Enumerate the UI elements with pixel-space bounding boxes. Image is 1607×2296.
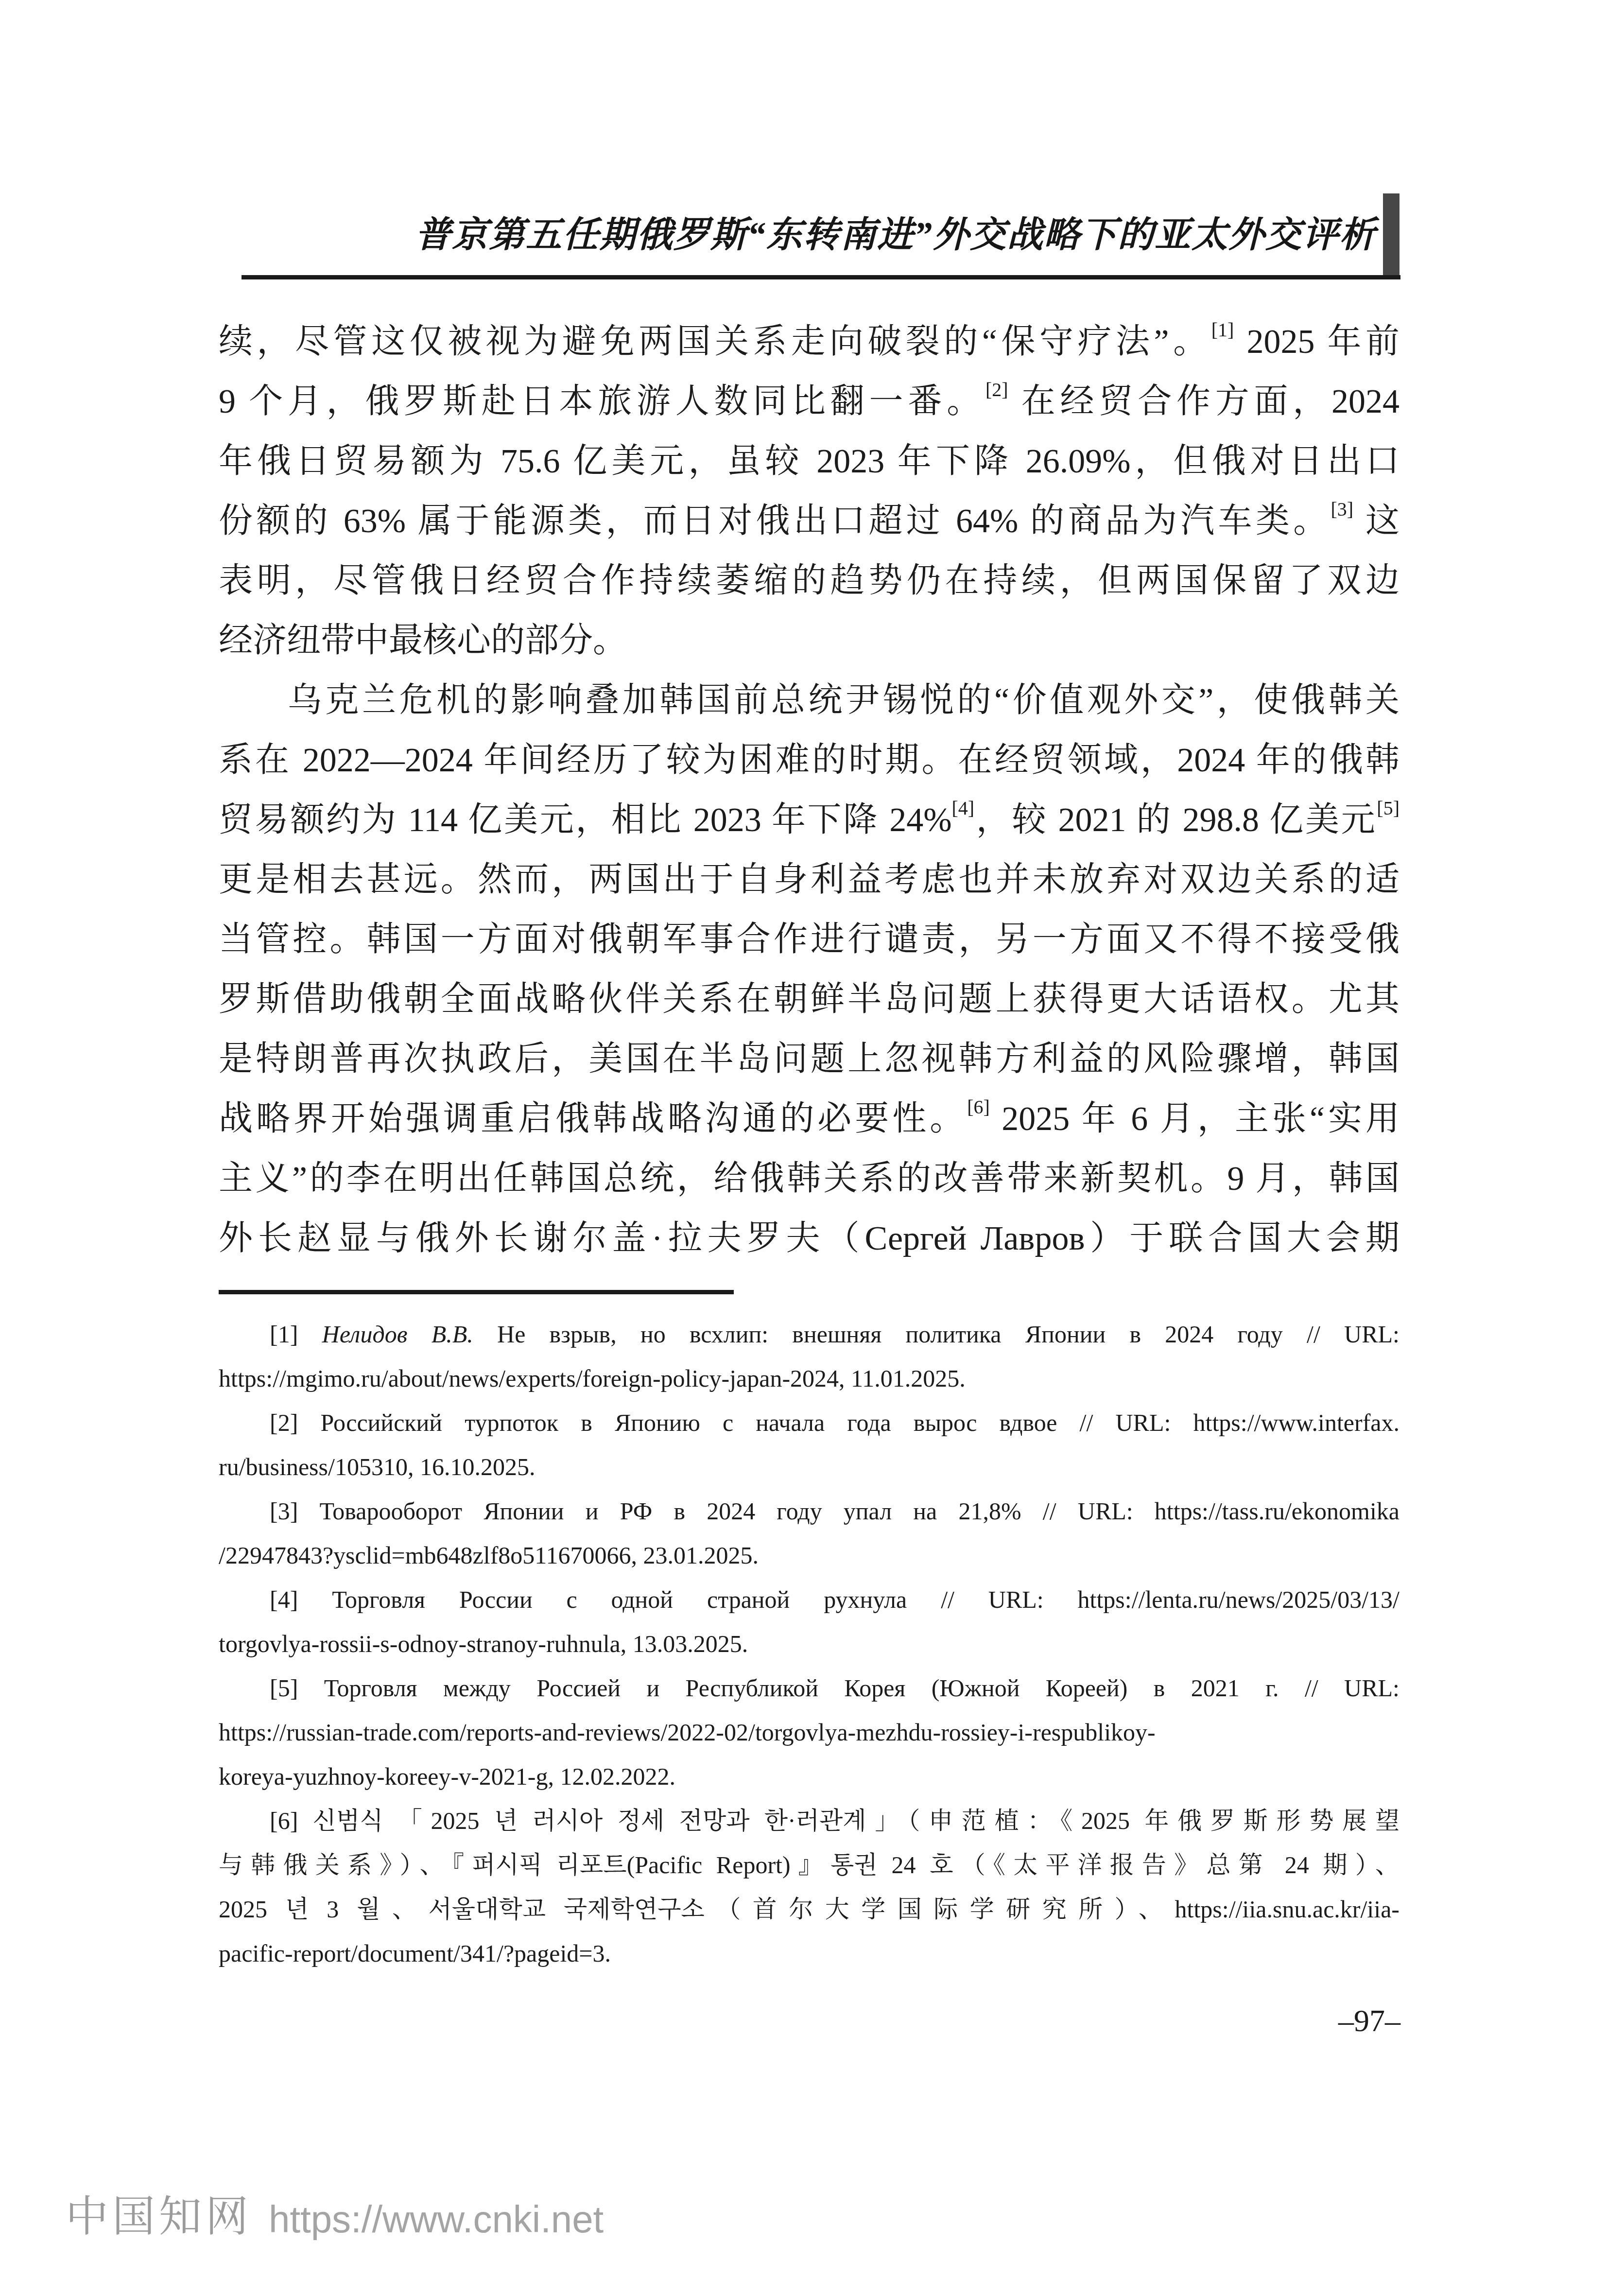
fn-line: koreya-yuzhnoy-koreey-v-2021-g, 12.02.20… (219, 1755, 1400, 1799)
footnote-ref[interactable]: [2] (985, 379, 1008, 400)
text-segment: 更是相去甚远。然而，两国出于自身利益考虑也并未放弃对双边关系的适 (219, 861, 1400, 899)
text-segment: 经济纽带中最核心的部分。 (219, 622, 627, 660)
text-segment: 贸易额约为 114 亿美元，相比 2023 年下降 24% (219, 801, 952, 839)
text-segment: 战略界开始强调重启俄韩战略沟通的必要性。 (219, 1100, 967, 1138)
text-segment: 2025 年前 (1234, 323, 1400, 361)
text-segment: /22947843?ysclid=mb648zlf8o511670066, 23… (219, 1542, 759, 1569)
text-segment: 外长赵显与俄外长谢尔盖·拉夫罗夫（Сергей Лавров）于联合国大会期 (219, 1220, 1400, 1257)
footnote-ref[interactable]: [3] (1331, 498, 1354, 520)
header-rule (242, 275, 1400, 279)
text-segment: [4] Торговля России с одной страной рухн… (270, 1586, 1400, 1613)
fn-line: [6] 신범식 「2025 년 러시아 정세 전망과 한·러관계」（申范植：《2… (219, 1799, 1400, 1843)
text-segment: ru/business/105310, 16.10.2025. (219, 1453, 535, 1480)
text-segment: [2] Российский турпоток в Японию с начал… (270, 1409, 1400, 1436)
text-segment: 罗斯借助俄朝全面战略伙伴关系在朝鲜半岛问题上获得更大话语权。尤其 (219, 981, 1400, 1018)
fn-line: pacific-report/document/341/?pageid=3. (219, 1931, 1400, 1976)
fn-line: 2025 년 3 월、서울대학교 국제학연구소（首尔大学国际学研究所）、http… (219, 1887, 1400, 1931)
text-segment: 乌克兰危机的影响叠加韩国前总统尹锡悦的“价值观外交”，使俄韩关 (288, 682, 1400, 719)
article-title: 普京第五任期俄罗斯“东转南进”外交战略下的亚太外交评析 (243, 193, 1376, 277)
text-segment: [3] Товарооборот Японии и РФ в 2024 году… (270, 1497, 1400, 1525)
text-segment: [6] 신범식 「2025 년 러시아 정세 전망과 한·러관계」（申范植：《2… (270, 1807, 1400, 1834)
text-segment: koreya-yuzhnoy-koreey-v-2021-g, 12.02.20… (219, 1763, 675, 1790)
text-segment: 2025 년 3 월、서울대학교 국제학연구소（首尔大学国际学研究所）、http… (219, 1896, 1400, 1923)
body-line: 表明，尽管俄日经贸合作持续萎缩的趋势仍在持续，但两国保留了双边 (219, 551, 1400, 611)
fn-line: [1] Нелидов В.В. Не взрыв, но всхлип: вн… (219, 1312, 1400, 1357)
footnote-ref[interactable]: [6] (967, 1096, 990, 1118)
text-segment: 在经贸合作方面，2024 (1008, 383, 1400, 420)
text-segment: 系在 2022—2024 年间经历了较为困难的时期。在经贸领域，2024 年的俄… (219, 742, 1400, 779)
body-line: 战略界开始强调重启俄韩战略沟通的必要性。[6] 2025 年 6 月，主张“实用 (219, 1089, 1400, 1149)
text-segment: 表明，尽管俄日经贸合作持续萎缩的趋势仍在持续，但两国保留了双边 (219, 562, 1400, 600)
text-segment: 份额的 63% 属于能源类，而日对俄出口超过 64% 的商品为汽车类。 (219, 503, 1331, 540)
fn-line: https://russian-trade.com/reports-and-re… (219, 1710, 1400, 1755)
footnote-ref[interactable]: [1] (1211, 319, 1234, 341)
text-segment: 当管控。韩国一方面对俄朝军事合作进行谴责，另一方面又不得不接受俄 (219, 921, 1400, 958)
footnote-separator (219, 1290, 734, 1294)
page-number: –97– (1158, 2001, 1400, 2040)
fn-line: torgovlya-rossii-s-odnoy-stranoy-ruhnula… (219, 1622, 1400, 1666)
text-segment: https://russian-trade.com/reports-and-re… (219, 1719, 1156, 1746)
text-segment: 9 个月，俄罗斯赴日本旅游人数同比翻一番。 (219, 383, 985, 420)
cnki-watermark-url: https://www.cnki.net (269, 2195, 604, 2244)
fn-line: [2] Российский турпоток в Японию с начал… (219, 1401, 1400, 1445)
fn-line: 与韩俄关系》）、『퍼시픽 리포트(Pacific Report)』통권 24 호… (219, 1843, 1400, 1887)
body-line: 主义”的李在明出任韩国总统，给俄韩关系的改善带来新契机。9 月，韩国 (219, 1149, 1400, 1209)
body-line: 年俄日贸易额为 75.6 亿美元，虽较 2023 年下降 26.09%，但俄对日… (219, 432, 1400, 491)
fn-line: /22947843?ysclid=mb648zlf8o511670066, 23… (219, 1533, 1400, 1578)
fn-line: [4] Торговля России с одной страной рухн… (219, 1578, 1400, 1622)
text-segment: [1] (270, 1321, 322, 1348)
body-line: 贸易额约为 114 亿美元，相比 2023 年下降 24%[4]，较 2021 … (219, 790, 1400, 850)
document-page: 普京第五任期俄罗斯“东转南进”外交战略下的亚太外交评析 续，尽管这仅被视为避免两… (0, 0, 1607, 2296)
body-line: 罗斯借助俄朝全面战略伙伴关系在朝鲜半岛问题上获得更大话语权。尤其 (219, 970, 1400, 1029)
footnote-ref[interactable]: [4] (952, 797, 975, 819)
text-segment: Не взрыв, но всхлип: внешняя политика Яп… (473, 1321, 1400, 1348)
body-line: 系在 2022—2024 年间经历了较为困难的时期。在经贸领域，2024 年的俄… (219, 731, 1400, 790)
text-segment: 与韩俄关系》）、『퍼시픽 리포트(Pacific Report)』통권 24 호… (219, 1851, 1400, 1879)
text-segment: 主义”的李在明出任韩国总统，给俄韩关系的改善带来新契机。9 月，韩国 (219, 1160, 1400, 1198)
body-line: 份额的 63% 属于能源类，而日对俄出口超过 64% 的商品为汽车类。[3] 这 (219, 491, 1400, 551)
cnki-watermark-logo: 中国知网 (66, 2190, 252, 2243)
author-name: Нелидов В.В. (322, 1321, 473, 1348)
body-line: 经济纽带中最核心的部分。 (219, 611, 1400, 671)
footnote-ref[interactable]: [5] (1377, 797, 1400, 819)
text-segment: ，较 2021 的 298.8 亿美元 (974, 801, 1377, 839)
fn-line: https://mgimo.ru/about/news/experts/fore… (219, 1357, 1400, 1401)
body-line: 9 个月，俄罗斯赴日本旅游人数同比翻一番。[2] 在经贸合作方面，2024 (219, 372, 1400, 432)
body-line: 当管控。韩国一方面对俄朝军事合作进行谴责，另一方面又不得不接受俄 (219, 910, 1400, 970)
fn-line: [3] Товарооборот Японии и РФ в 2024 году… (219, 1489, 1400, 1533)
fn-line: ru/business/105310, 16.10.2025. (219, 1445, 1400, 1489)
text-segment: pacific-report/document/341/?pageid=3. (219, 1940, 611, 1967)
text-segment: torgovlya-rossii-s-odnoy-stranoy-ruhnula… (219, 1630, 748, 1657)
body-text: 续，尽管这仅被视为避免两国关系走向破裂的“保守疗法”。[1] 2025 年前9 … (219, 312, 1400, 1269)
body-line: 更是相去甚远。然而，两国出于自身利益考虑也并未放弃对双边关系的适 (219, 850, 1400, 910)
header-corner-bar (1383, 193, 1400, 277)
text-segment: 续，尽管这仅被视为避免两国关系走向破裂的“保守疗法”。 (219, 323, 1211, 361)
footnotes: [1] Нелидов В.В. Не взрыв, но всхлип: вн… (219, 1312, 1400, 1976)
text-segment: 这 (1353, 503, 1400, 540)
body-line: 乌克兰危机的影响叠加韩国前总统尹锡悦的“价值观外交”，使俄韩关 (219, 671, 1400, 731)
text-segment: 年俄日贸易额为 75.6 亿美元，虽较 2023 年下降 26.09%，但俄对日… (219, 443, 1400, 480)
body-line: 外长赵显与俄外长谢尔盖·拉夫罗夫（Сергей Лавров）于联合国大会期 (219, 1209, 1400, 1269)
body-line: 是特朗普再次执政后，美国在半岛问题上忽视韩方利益的风险骤增，韩国 (219, 1029, 1400, 1089)
text-segment: 是特朗普再次执政后，美国在半岛问题上忽视韩方利益的风险骤增，韩国 (219, 1041, 1400, 1078)
text-segment: 2025 年 6 月，主张“实用 (990, 1100, 1400, 1138)
fn-line: [5] Торговля между Россией и Республикой… (219, 1666, 1400, 1710)
text-segment: [5] Торговля между Россией и Республикой… (270, 1674, 1400, 1702)
text-segment: https://mgimo.ru/about/news/experts/fore… (219, 1365, 966, 1392)
body-line: 续，尽管这仅被视为避免两国关系走向破裂的“保守疗法”。[1] 2025 年前 (219, 312, 1400, 372)
